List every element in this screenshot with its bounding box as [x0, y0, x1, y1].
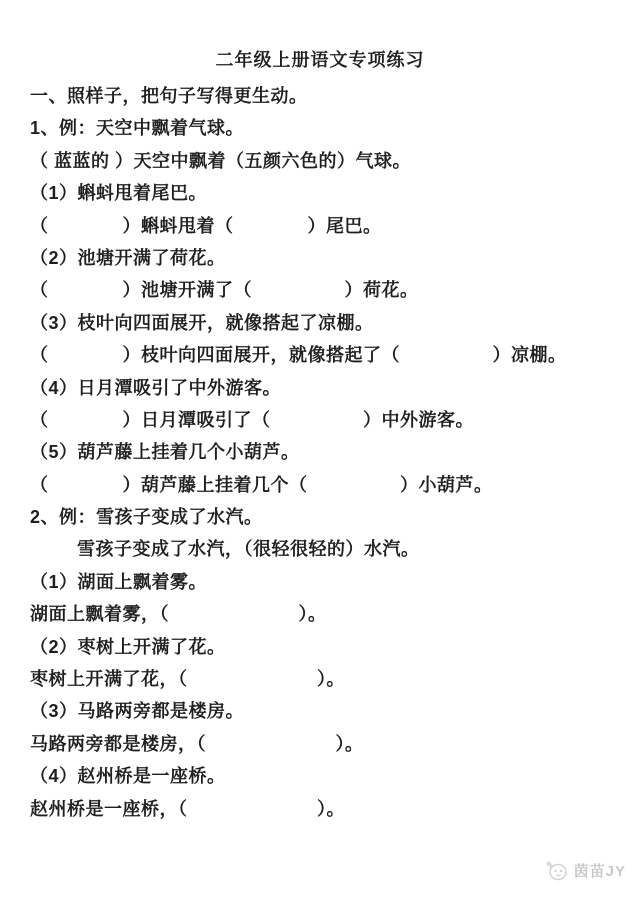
worksheet-line: （ ）池塘开满了（ ）荷花。	[30, 274, 626, 306]
worksheet-lines: 一、照样子，把句子写得更生动。1、例：天空中飘着气球。（ 蓝蓝的 ）天空中飘着（…	[30, 80, 626, 825]
watermark-label: 茵苗JY	[574, 860, 626, 881]
worksheet-line: 雪孩子变成了水汽，（很轻很轻的）水汽。	[30, 533, 626, 565]
worksheet-page: 二年级上册语文专项练习 一、照样子，把句子写得更生动。1、例：天空中飘着气球。（…	[0, 0, 640, 906]
worksheet-title: 二年级上册语文专项练习	[0, 46, 640, 72]
worksheet-line: （ 蓝蓝的 ）天空中飘着（五颜六色的）气球。	[30, 145, 626, 177]
watermark: 茵苗JY	[543, 859, 626, 881]
worksheet-line: （1）湖面上飘着雾。	[30, 566, 626, 598]
worksheet-line: 马路两旁都是楼房，（ ）。	[30, 728, 626, 760]
worksheet-line: （2）枣树上开满了花。	[30, 631, 626, 663]
worksheet-line: （2）池塘开满了荷花。	[30, 242, 626, 274]
worksheet-line: （4）日月潭吸引了中外游客。	[30, 372, 626, 404]
worksheet-line: （ ）葫芦藤上挂着几个（ ）小葫芦。	[30, 469, 626, 501]
worksheet-line: （4）赵州桥是一座桥。	[30, 760, 626, 792]
worksheet-line: （ ）枝叶向四面展开，就像搭起了（ ）凉棚。	[30, 339, 626, 371]
worksheet-line: （ ）蝌蚪甩着（ ）尾巴。	[30, 210, 626, 242]
worksheet-line: （3）马路两旁都是楼房。	[30, 695, 626, 727]
worksheet-line: （3）枝叶向四面展开，就像搭起了凉棚。	[30, 307, 626, 339]
worksheet-line: 湖面上飘着雾，（ ）。	[30, 598, 626, 630]
worksheet-line: 一、照样子，把句子写得更生动。	[30, 80, 626, 112]
worksheet-line: 赵州桥是一座桥，（ ）。	[30, 793, 626, 825]
worksheet-line: （ ）日月潭吸引了（ ）中外游客。	[30, 404, 626, 436]
worksheet-line: （1）蝌蚪甩着尾巴。	[30, 177, 626, 209]
worksheet-line: （5）葫芦藤上挂着几个小葫芦。	[30, 436, 626, 468]
worksheet-line: 2、例：雪孩子变成了水汽。	[30, 501, 626, 533]
worksheet-line: 1、例：天空中飘着气球。	[30, 112, 626, 144]
worksheet-line: 枣树上开满了花，（ ）。	[30, 663, 626, 695]
mascot-face-icon	[543, 859, 569, 881]
